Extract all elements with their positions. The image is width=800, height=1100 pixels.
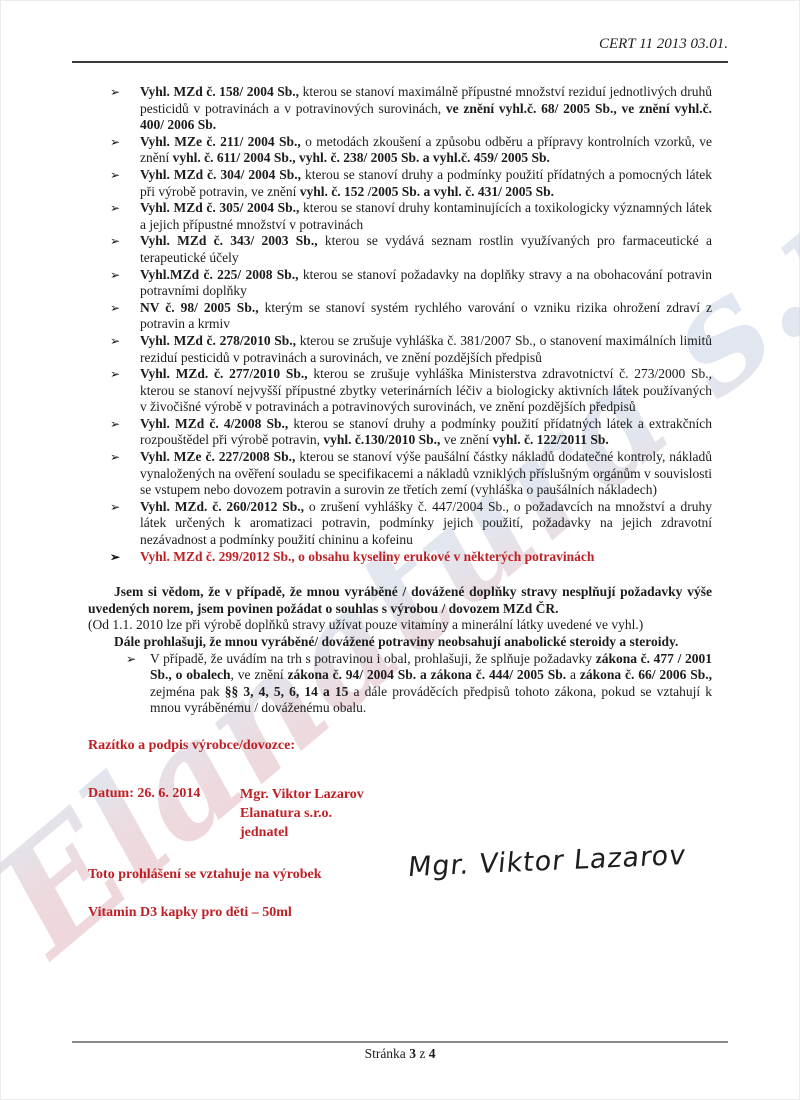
text-segment: Vyhl. MZe č. 227/2008 Sb., bbox=[140, 449, 299, 464]
declaration-paragraph: (Od 1.1. 2010 lze při výrobě doplňků str… bbox=[88, 617, 712, 634]
list-item: ➢Vyhl. MZd č. 343/ 2003 Sb., kterou se v… bbox=[88, 233, 712, 266]
text-segment: zejména pak bbox=[150, 684, 225, 699]
text-segment: Vyhl. MZd č. 278/2010 Sb., bbox=[140, 333, 300, 348]
date-row: Datum: 26. 6. 2014 Mgr. Viktor Lazarov E… bbox=[88, 785, 712, 842]
list-item: ➢Vyhl. MZd č. 158/ 2004 Sb., kterou se s… bbox=[88, 84, 712, 134]
list-item: ➢Vyhl.MZd č. 225/ 2008 Sb., kterou se st… bbox=[88, 267, 712, 300]
declaration-paragraph: Jsem si vědom, že v případě, že mnou vyr… bbox=[88, 584, 712, 617]
signer-block: Mgr. Viktor Lazarov Elanatura s.r.o. jed… bbox=[240, 785, 364, 842]
text-segment: Vyhl. MZd č. 305/ 2004 Sb., bbox=[140, 200, 303, 215]
list-item: ➢Vyhl. MZd č. 304/ 2004 Sb., kterou se s… bbox=[88, 167, 712, 200]
arrow-bullet-icon: ➢ bbox=[110, 233, 120, 250]
stamp-label: Razítko a podpis výrobce/dovozce: bbox=[88, 737, 712, 754]
packaging-item: ➢V případě, že uvádím na trh s potravino… bbox=[88, 651, 712, 717]
text-segment: Vyhl. MZd č. 343/ 2003 Sb., bbox=[140, 233, 325, 248]
list-item: ➢Vyhl. MZd č. 299/2012 Sb., o obsahu kys… bbox=[88, 549, 712, 566]
arrow-bullet-icon: ➢ bbox=[110, 134, 120, 151]
text-segment: 3 bbox=[409, 1046, 416, 1061]
arrow-bullet-icon: ➢ bbox=[126, 651, 136, 668]
list-item: ➢Vyhl. MZd č. 305/ 2004 Sb., kterou se s… bbox=[88, 200, 712, 233]
text-segment: z bbox=[416, 1046, 429, 1061]
arrow-bullet-icon: ➢ bbox=[110, 449, 120, 466]
arrow-bullet-icon: ➢ bbox=[110, 84, 120, 101]
text-segment: Vyhl. MZd č. 299/2012 Sb., o obsahu kyse… bbox=[140, 549, 594, 564]
list-item: ➢Vyhl. MZe č. 211/ 2004 Sb., o metodách … bbox=[88, 134, 712, 167]
list-item: ➢Vyhl. MZd č. 4/2008 Sb., kterou se stan… bbox=[88, 416, 712, 449]
text-segment: zákona č. 66/ 2006 Sb., bbox=[580, 667, 712, 682]
header-rule bbox=[72, 61, 728, 63]
arrow-bullet-icon: ➢ bbox=[110, 366, 120, 383]
list-item: ➢NV č. 98/ 2005 Sb., kterým se stanoví s… bbox=[88, 300, 712, 333]
text-segment: Stránka bbox=[365, 1046, 410, 1061]
arrow-bullet-icon: ➢ bbox=[110, 333, 120, 350]
page-number: Stránka 3 z 4 bbox=[0, 1046, 800, 1062]
footer-rule bbox=[72, 1041, 728, 1043]
text-segment: Vyhl.MZd č. 225/ 2008 Sb., bbox=[140, 267, 303, 282]
arrow-bullet-icon: ➢ bbox=[110, 549, 120, 566]
text-segment: a bbox=[566, 667, 580, 682]
arrow-bullet-icon: ➢ bbox=[110, 499, 120, 516]
text-segment: 4 bbox=[429, 1046, 436, 1061]
text-segment: vyhl. č. 611/ 2004 Sb., vyhl. č. 238/ 20… bbox=[173, 150, 550, 165]
list-item: ➢Vyhl. MZe č. 227/2008 Sb., kterou se st… bbox=[88, 449, 712, 499]
signer-role: jednatel bbox=[240, 823, 364, 842]
arrow-bullet-icon: ➢ bbox=[110, 300, 120, 317]
doc-code: CERT 11 2013 03.01. bbox=[599, 36, 728, 53]
declaration-paragraphs: Jsem si vědom, že v případě, že mnou vyr… bbox=[88, 584, 712, 650]
text-segment: Vyhl. MZd. č. 277/2010 Sb., bbox=[140, 366, 313, 381]
text-segment: Vyhl. MZe č. 211/ 2004 Sb., bbox=[140, 134, 305, 149]
text-segment: , ve znění bbox=[231, 667, 288, 682]
arrow-bullet-icon: ➢ bbox=[110, 267, 120, 284]
regulation-list: ➢Vyhl. MZd č. 158/ 2004 Sb., kterou se s… bbox=[88, 84, 712, 565]
list-item: ➢Vyhl. MZd. č. 277/2010 Sb., kterou se z… bbox=[88, 366, 712, 416]
declaration-section: Jsem si vědom, že v případě, že mnou vyr… bbox=[88, 584, 712, 717]
arrow-bullet-icon: ➢ bbox=[110, 200, 120, 217]
text-segment: vyhl. č. 152 /2005 Sb. a vyhl. č. 431/ 2… bbox=[300, 184, 554, 199]
text-segment: zákona č. 94/ 2004 Sb. a zákona č. 444/ … bbox=[287, 667, 566, 682]
packaging-item-text: V případě, že uvádím na trh s potravinou… bbox=[150, 651, 712, 716]
text-segment: NV č. 98/ 2005 Sb., bbox=[140, 300, 265, 315]
arrow-bullet-icon: ➢ bbox=[110, 167, 120, 184]
text-segment: Vyhl. MZd č. 158/ 2004 Sb., bbox=[140, 84, 303, 99]
text-segment: ve znění bbox=[440, 432, 492, 447]
text-segment: Vyhl. MZd. č. 260/2012 Sb., bbox=[140, 499, 309, 514]
text-segment: vyhl. č.130/2010 Sb., bbox=[323, 432, 440, 447]
text-segment: V případě, že uvádím na trh s potravinou… bbox=[150, 651, 596, 666]
signer-company: Elanatura s.r.o. bbox=[240, 804, 364, 823]
text-segment: Vyhl. MZd č. 4/2008 Sb., bbox=[140, 416, 293, 431]
arrow-bullet-icon: ➢ bbox=[110, 416, 120, 433]
product-name: Vitamin D3 kapky pro děti – 50ml bbox=[88, 904, 712, 921]
text-segment: Vyhl. MZd č. 304/ 2004 Sb., bbox=[140, 167, 305, 182]
signer-name: Mgr. Viktor Lazarov bbox=[240, 785, 364, 804]
date-label: Datum: 26. 6. 2014 bbox=[88, 785, 240, 842]
list-item: ➢Vyhl. MZd. č. 260/2012 Sb., o zrušení v… bbox=[88, 499, 712, 549]
text-segment: vyhl. č. 122/2011 Sb. bbox=[492, 432, 608, 447]
list-item: ➢Vyhl. MZd č. 278/2010 Sb., kterou se zr… bbox=[88, 333, 712, 366]
document-body: ➢Vyhl. MZd č. 158/ 2004 Sb., kterou se s… bbox=[88, 84, 712, 921]
document-page: Elanatura s.r.o. CERT 11 2013 03.01. ➢Vy… bbox=[0, 0, 800, 1100]
text-segment: §§ 3, 4, 5, 6, 14 a 15 bbox=[225, 684, 349, 699]
declaration-paragraph: Dále prohlašuji, že mnou vyráběné/ dováž… bbox=[88, 634, 712, 651]
